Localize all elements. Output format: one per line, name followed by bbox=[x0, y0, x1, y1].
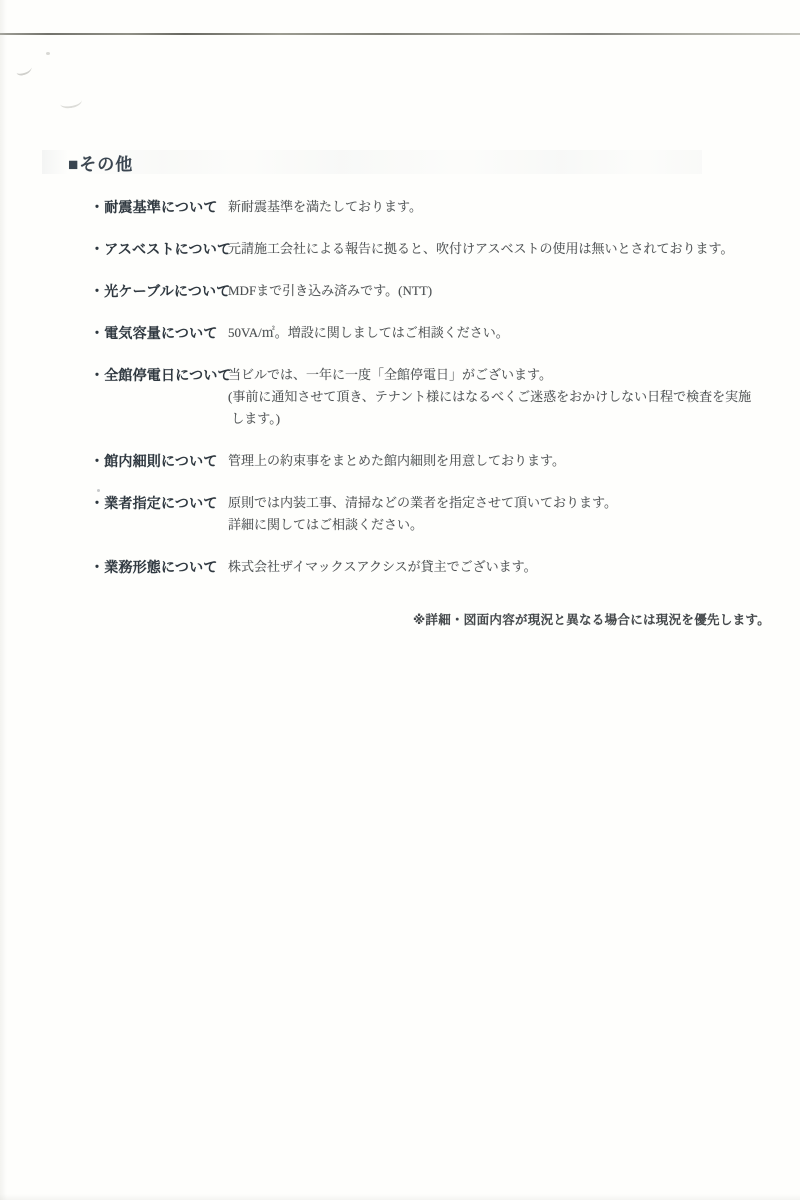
item-value-line: 当ビルでは、一年に一度「全館停電日」がございます。 bbox=[228, 364, 773, 386]
item-label: ・館内細則について bbox=[90, 450, 218, 472]
item-label: ・業者指定について bbox=[90, 492, 218, 514]
item-value: 管理上の約束事をまとめた館内細則を用意しております。 bbox=[228, 450, 773, 472]
item-value: 50VA/㎡。増設に関しましてはご相談ください。 bbox=[228, 322, 773, 344]
item-value-line: します。) bbox=[228, 408, 773, 430]
item-value: 株式会社ザイマックスアクシスが貸主でございます。 bbox=[228, 556, 773, 578]
item-value: MDFまで引き込み済みです。(NTT) bbox=[228, 280, 773, 302]
scan-smudge-mark bbox=[59, 95, 82, 110]
item-value-line: (事前に通知させて頂き、テナント様にはなるべくご迷惑をおかけしない日程で検査を実… bbox=[228, 386, 773, 408]
item-value: 原則では内装工事、清掃などの業者を指定させて頂いております。詳細に関してはご相談… bbox=[228, 492, 773, 536]
list-item: ・光ケーブルについて MDFまで引き込み済みです。(NTT) bbox=[0, 280, 800, 302]
item-label: ・電気容量について bbox=[90, 322, 218, 344]
item-value-line: 新耐震基準を満たしております。 bbox=[228, 196, 773, 218]
item-value-line: 元請施工会社による報告に拠ると、吹付けアスベストの使用は無いとされております。 bbox=[228, 238, 773, 260]
item-value: 当ビルでは、一年に一度「全館停電日」がございます。(事前に通知させて頂き、テナン… bbox=[228, 364, 773, 430]
item-value-line: MDFまで引き込み済みです。(NTT) bbox=[228, 280, 773, 302]
item-label: ・耐震基準について bbox=[90, 196, 218, 218]
item-value: 元請施工会社による報告に拠ると、吹付けアスベストの使用は無いとされております。 bbox=[228, 238, 773, 260]
item-value-line: 詳細に関してはご相談ください。 bbox=[228, 514, 773, 536]
footer-disclaimer-note: ※詳細・図面内容が現況と異なる場合には現況を優先します。 bbox=[413, 610, 770, 628]
item-value-line: 原則では内装工事、清掃などの業者を指定させて頂いております。 bbox=[228, 492, 773, 514]
scan-smudge-mark bbox=[15, 62, 33, 76]
items-list: ・耐震基準について 新耐震基準を満たしております。 ・アスベストについて 元請施… bbox=[0, 196, 800, 598]
scanner-edge-shadow-left bbox=[0, 0, 7, 1200]
scanned-document-page: ■その他 ・耐震基準について 新耐震基準を満たしております。 ・アスベストについ… bbox=[0, 0, 800, 1200]
list-item: ・館内細則について 管理上の約束事をまとめた館内細則を用意しております。 bbox=[0, 450, 800, 472]
item-label: ・光ケーブルについて bbox=[90, 280, 230, 302]
item-value-line: 株式会社ザイマックスアクシスが貸主でございます。 bbox=[228, 556, 773, 578]
list-item: ・全館停電日について 当ビルでは、一年に一度「全館停電日」がございます。(事前に… bbox=[0, 364, 800, 430]
list-item: ・業者指定について 原則では内装工事、清掃などの業者を指定させて頂いております。… bbox=[0, 492, 800, 536]
section-heading-sonota: ■その他 bbox=[68, 150, 133, 175]
item-value: 新耐震基準を満たしております。 bbox=[228, 196, 773, 218]
list-item: ・電気容量について 50VA/㎡。増設に関しましてはご相談ください。 bbox=[0, 322, 800, 344]
item-value-line: 50VA/㎡。増設に関しましてはご相談ください。 bbox=[228, 322, 773, 344]
scan-smudge-dot bbox=[46, 52, 50, 55]
list-item: ・業務形態について 株式会社ザイマックスアクシスが貸主でございます。 bbox=[0, 556, 800, 578]
item-label: ・アスベストについて bbox=[90, 238, 231, 260]
scanner-edge-shadow-bottom bbox=[0, 1194, 800, 1200]
list-item: ・アスベストについて 元請施工会社による報告に拠ると、吹付けアスベストの使用は無… bbox=[0, 238, 800, 260]
item-value-line: 管理上の約束事をまとめた館内細則を用意しております。 bbox=[228, 450, 773, 472]
item-label: ・全館停電日について bbox=[90, 364, 232, 386]
scanner-artifact-top-line bbox=[0, 33, 800, 35]
list-item: ・耐震基準について 新耐震基準を満たしております。 bbox=[0, 196, 800, 218]
item-label: ・業務形態について bbox=[90, 556, 218, 578]
scan-ghost-band bbox=[42, 150, 702, 174]
